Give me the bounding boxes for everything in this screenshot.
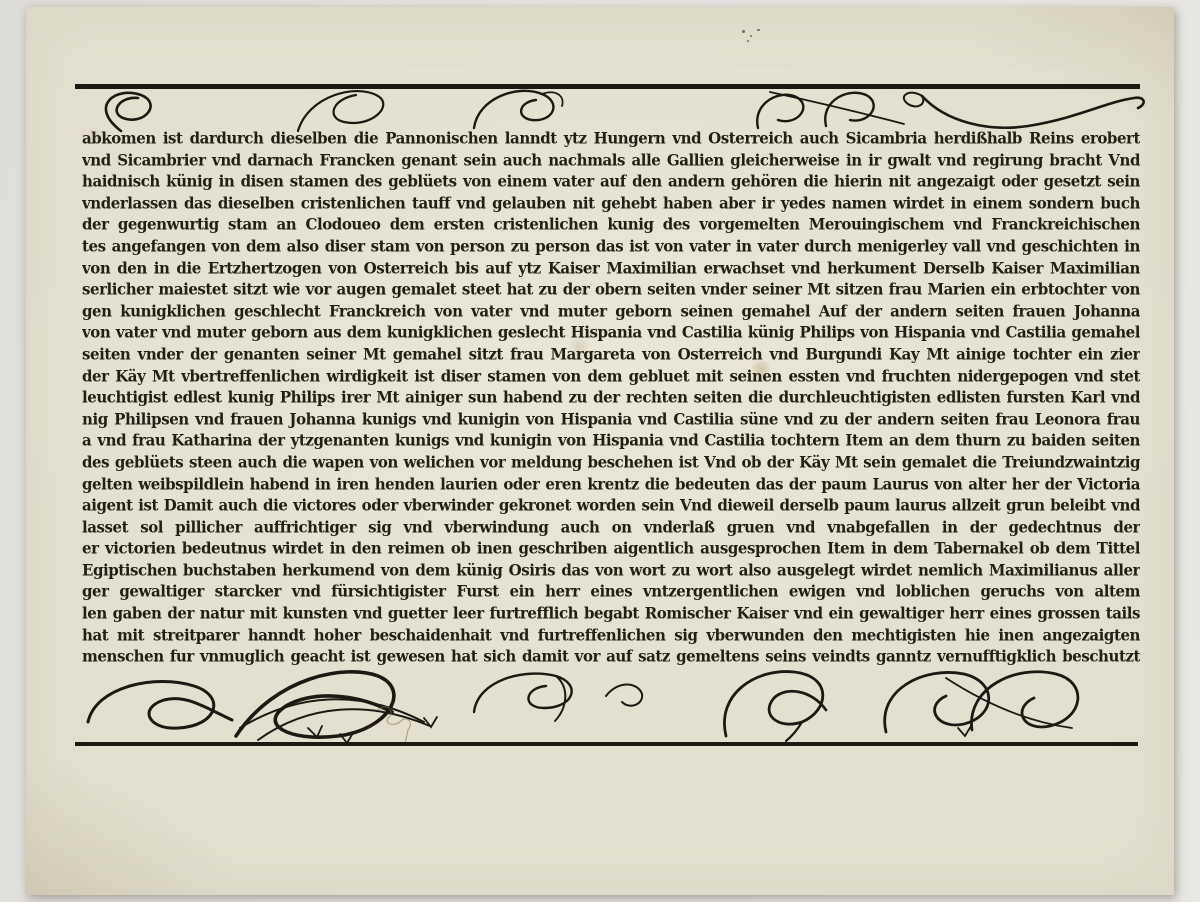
text-line: len gaben der natur mit kunsten vnd guet… [82, 602, 1140, 625]
text-line: der Käy Mt vbertreffenlichen wirdigkeit … [82, 365, 1140, 388]
text-line: vnd Sicambrier vnd darnach Francken gena… [82, 149, 1140, 172]
text-line: nig Philipsen vnd frauen Johanna kunigs … [82, 408, 1140, 431]
paper-stain [750, 35, 752, 37]
text-line: von den in die Ertzhertzogen von Osterre… [82, 257, 1140, 280]
paper-stain [757, 29, 760, 31]
text-line: gelten weibspildlein habend in iren hend… [82, 473, 1140, 496]
text-line: seiten vnder der genanten seiner Mt gema… [82, 343, 1140, 366]
text-line: leuchtigist edlest kunig Philips irer Mt… [82, 386, 1140, 409]
bottom-border-rule [75, 742, 1138, 746]
text-block: abkomen ist dardurch dieselben die Panno… [82, 128, 1140, 668]
paper-stain [747, 40, 749, 42]
text-line: der gegenwurtig stam an Clodoueo dem ers… [82, 214, 1140, 237]
text-line: haidnisch künig in disen stamen des gebl… [82, 170, 1140, 193]
text-line: lasset sol pillicher auffrichtiger sig v… [82, 516, 1140, 539]
text-line: hat mit streitparer hanndt hoher beschai… [82, 624, 1140, 647]
text-line: von vater vnd muter geborn aus dem kunig… [82, 322, 1140, 345]
text-line: serlicher maiestet sitzt wie vor augen g… [82, 278, 1140, 301]
calligraphic-flourishes-bottom [26, 664, 1172, 746]
text-line: a vnd frau Katharina der ytzgenanten kun… [82, 430, 1140, 453]
text-line: ger gewaltiger starcker vnd fürsichtigis… [82, 581, 1140, 604]
text-line: Egiptischen buchstaben herkumend von dem… [82, 559, 1140, 582]
document-sheet: abkomen ist dardurch dieselben die Panno… [26, 7, 1174, 895]
text-line: abkomen ist dardurch dieselben die Panno… [82, 127, 1140, 150]
text-line: gen kunigklichen geschlecht Franckreich … [82, 300, 1140, 323]
text-line: tes angefangen von dem also diser stam v… [82, 235, 1140, 258]
paper-stain [742, 30, 745, 33]
text-line: vnderlassen das dieselben cristenlichen … [82, 192, 1140, 215]
text-line: er victorien bedeutnus wirdet in den rei… [82, 538, 1140, 561]
scan-background: abkomen ist dardurch dieselben die Panno… [0, 0, 1200, 902]
text-line: des geblüets steen auch die wapen von we… [82, 451, 1140, 474]
text-line: aigent ist Damit auch die victores oder … [82, 494, 1140, 517]
